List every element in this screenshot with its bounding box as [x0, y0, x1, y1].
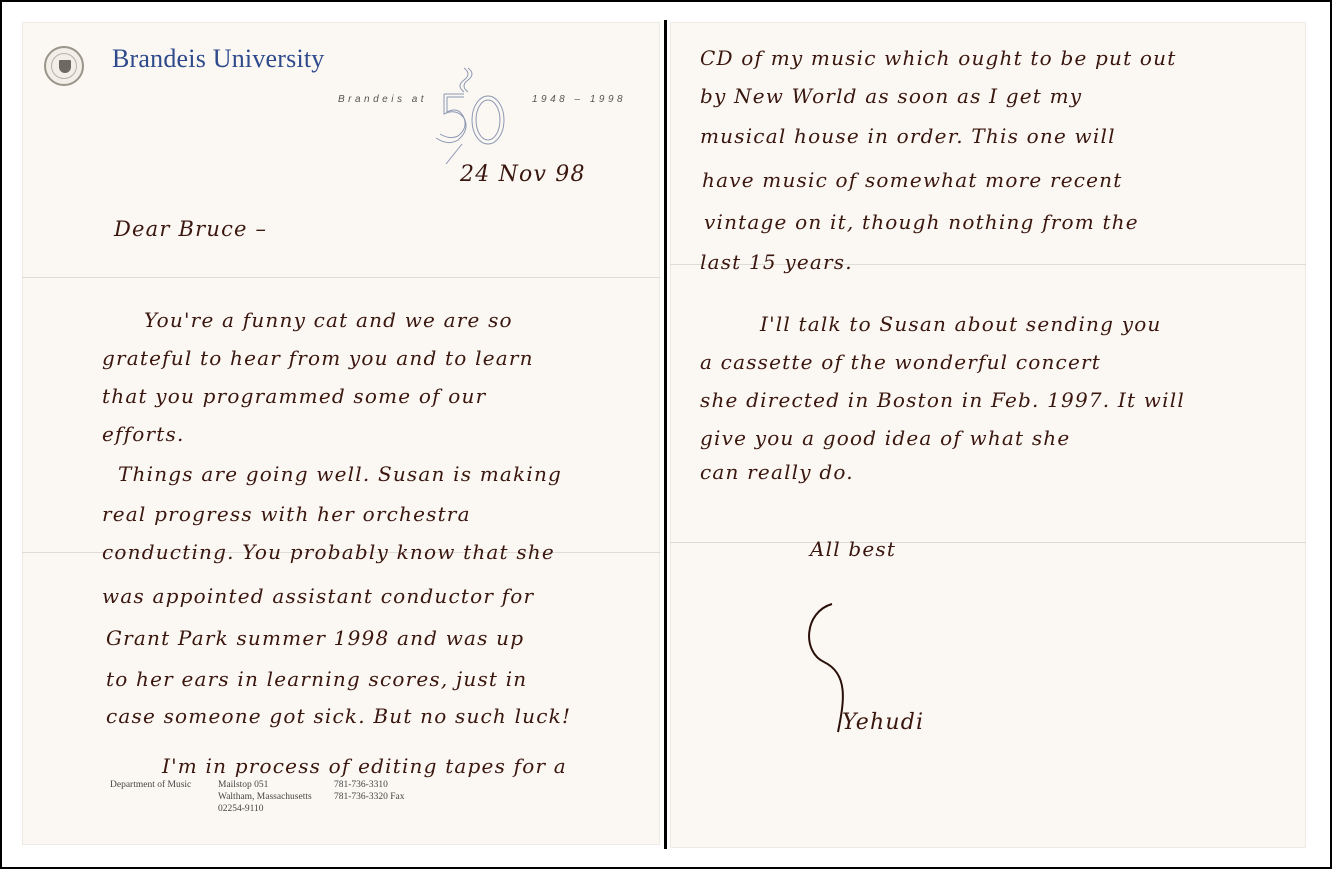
letter-line: conducting. You probably know that she	[102, 540, 555, 564]
letter-closing: All best	[810, 537, 896, 561]
department-name: Department of Music	[110, 779, 191, 791]
letter-line: last 15 years.	[700, 250, 853, 274]
salutation: Dear Bruce –	[114, 217, 267, 241]
letter-line: she directed in Boston in Feb. 1997. It …	[700, 388, 1185, 412]
letter-page-2: CD of my music which ought to be put out…	[670, 22, 1306, 848]
letter-line: efforts.	[102, 422, 185, 446]
letter-line: to her ears in learning scores, just in	[106, 667, 527, 691]
letter-line: musical house in order. This one will	[700, 124, 1116, 148]
letter-line: You're a funny cat and we are so	[144, 308, 513, 332]
letter-date: 24 Nov 98	[460, 162, 586, 187]
letter-line: CD of my music which ought to be put out	[700, 46, 1177, 70]
letter-line: Grant Park summer 1998 and was up	[106, 626, 524, 650]
letter-line-text: by New World as soon as I get my	[700, 84, 1082, 108]
letter-line: case someone got sick. But no such luck!	[106, 704, 571, 728]
fax-number: 781-736-3320 Fax	[334, 791, 404, 803]
footer-department: Department of Music	[110, 779, 191, 791]
footer-address: Mailstop 051 Waltham, Massachusetts 0225…	[218, 779, 312, 815]
letter-line: that you programmed some of our	[102, 384, 486, 408]
fifty-anniversary-logo-icon	[432, 64, 512, 164]
institution-name: Brandeis University	[112, 44, 325, 74]
paper-fold-line	[670, 542, 1306, 543]
paper-fold-line	[22, 277, 660, 278]
address-line: Waltham, Massachusetts	[218, 791, 312, 803]
anniversary-label: Brandeis at	[338, 94, 427, 105]
footer-contact: 781-736-3310 781-736-3320 Fax	[334, 779, 404, 803]
letter-line: I'll talk to Susan about sending you	[760, 312, 1162, 336]
address-line: 02254-9110	[218, 803, 312, 815]
letter-line: vintage on it, though nothing from the	[704, 210, 1139, 234]
letter-page-1: Brandeis University Brandeis at 1948 – 1…	[22, 22, 660, 845]
letter-line: was appointed assistant conductor for	[102, 584, 534, 608]
letter-line: give you a good idea of what she	[700, 426, 1070, 450]
anniversary-years: 1948 – 1998	[532, 94, 626, 105]
phone-number: 781-736-3310	[334, 779, 404, 791]
university-seal-icon	[44, 46, 84, 86]
page-divider	[664, 20, 667, 849]
letter-line: a cassette of the wonderful concert	[700, 350, 1101, 374]
letter-line: I'm in process of editing tapes for a	[162, 754, 567, 778]
letter-line: grateful to hear from you and to learn	[102, 346, 534, 370]
letter-line: can really do.	[700, 460, 854, 484]
signature: Yehudi	[842, 710, 924, 735]
letter-line: Things are going well. Susan is making	[118, 462, 562, 486]
letter-line: by New World as soon as I get my	[700, 84, 1082, 108]
address-line: Mailstop 051	[218, 779, 312, 791]
letter-line: real progress with her orchestra	[102, 502, 471, 526]
letter-line: have music of somewhat more recent	[702, 168, 1123, 192]
